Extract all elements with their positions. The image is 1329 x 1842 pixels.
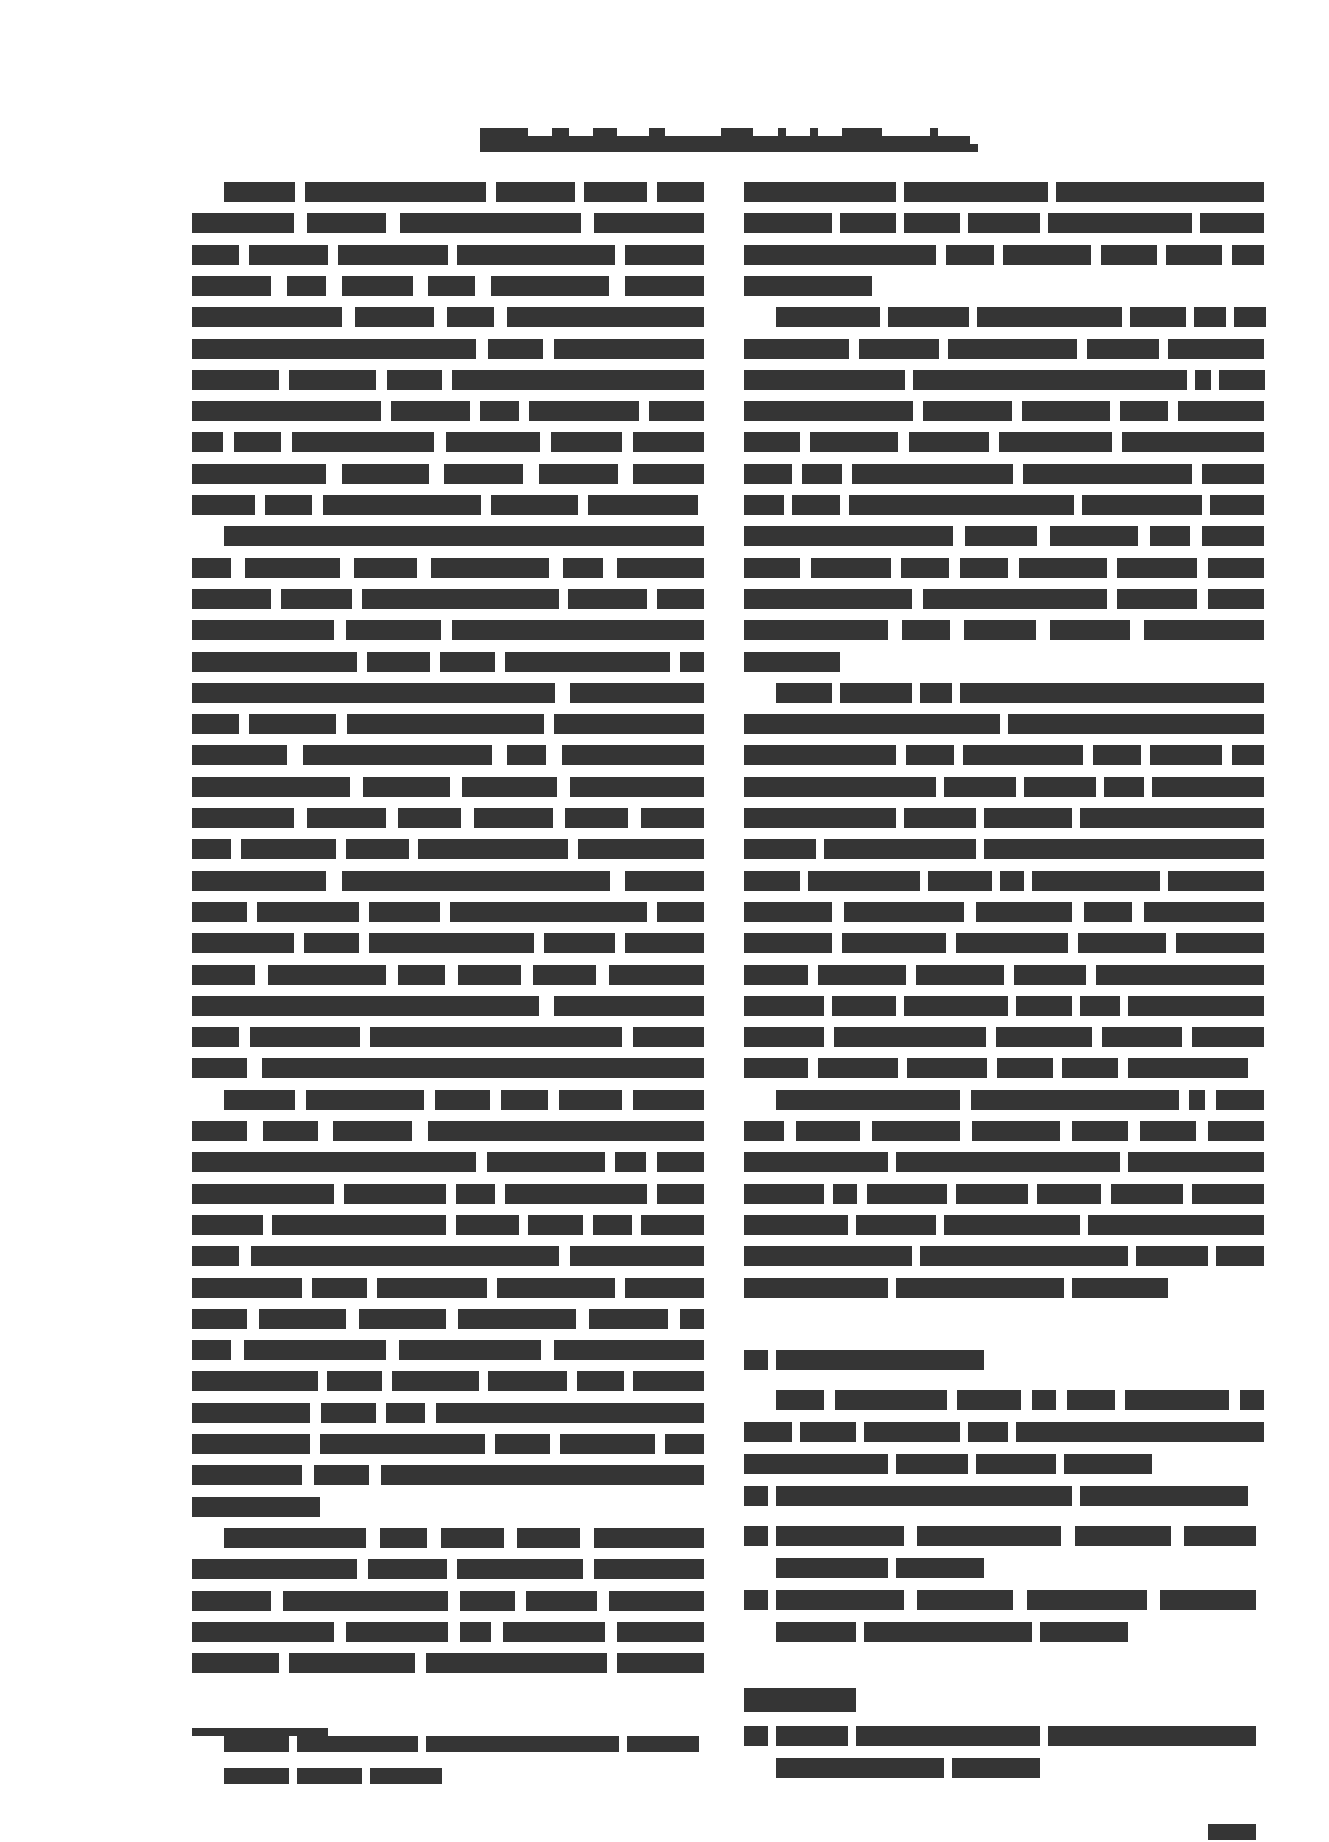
word-block — [1023, 464, 1192, 484]
word-block — [1122, 432, 1264, 452]
text-line — [744, 802, 1264, 834]
word-block — [1117, 589, 1197, 609]
word-block — [744, 526, 953, 546]
word-block — [744, 1215, 848, 1235]
word-block — [965, 526, 1037, 546]
word-block — [800, 1422, 856, 1442]
word-block — [744, 871, 800, 891]
word-block — [744, 652, 840, 672]
section-heading-b — [744, 1344, 1264, 1376]
word-block — [1232, 745, 1264, 765]
word-block — [1048, 213, 1192, 233]
word-block — [1210, 495, 1264, 515]
word-block — [976, 902, 1072, 922]
word-block — [744, 808, 896, 828]
text-line — [744, 1178, 1264, 1210]
word-block — [1111, 1184, 1183, 1204]
word-block — [1208, 1121, 1264, 1141]
word-block — [859, 339, 939, 359]
text-line — [744, 677, 1264, 709]
word-block — [984, 839, 1264, 859]
word-block — [1240, 1390, 1264, 1410]
word-block — [1189, 1090, 1205, 1110]
word-block — [1050, 620, 1130, 640]
word-block — [627, 1736, 699, 1752]
word-block — [928, 871, 992, 891]
text-line — [744, 1448, 1264, 1480]
text-line — [744, 614, 1264, 646]
word-block — [744, 401, 913, 421]
word-block — [776, 1758, 944, 1778]
word-block — [852, 464, 1013, 484]
text-line — [744, 583, 1264, 615]
word-block — [1067, 1390, 1115, 1410]
word-block — [946, 245, 994, 265]
word-block — [963, 745, 1083, 765]
text-line — [744, 896, 1264, 928]
word-block — [956, 933, 1068, 953]
word-block — [864, 1422, 960, 1442]
word-block — [1208, 558, 1264, 578]
word-block — [844, 902, 964, 922]
word-block — [1019, 558, 1107, 578]
word-block — [917, 1590, 1013, 1610]
word-block — [1024, 777, 1096, 797]
word-block — [952, 1758, 1040, 1778]
word-block — [1125, 1390, 1229, 1410]
word-block — [864, 1622, 1032, 1642]
word-block — [1208, 589, 1264, 609]
word-block — [904, 182, 1048, 202]
word-block — [840, 683, 912, 703]
text-line — [744, 364, 1264, 396]
word-block — [1078, 933, 1166, 953]
word-block — [1202, 464, 1264, 484]
word-block — [1168, 871, 1264, 891]
text-line — [744, 1416, 1264, 1448]
word-block — [1130, 307, 1186, 327]
word-block — [818, 1058, 898, 1078]
word-block — [1150, 745, 1222, 765]
text-line — [744, 552, 1264, 584]
word-block — [997, 1058, 1053, 1078]
word-block — [1032, 871, 1160, 891]
word-block — [776, 1090, 960, 1110]
word-block — [896, 1558, 984, 1578]
word-block — [1192, 1027, 1264, 1047]
text-line — [744, 1052, 1248, 1084]
word-block — [1200, 213, 1264, 233]
word-block — [1168, 339, 1264, 359]
word-block — [744, 276, 872, 296]
word-block — [896, 1152, 1120, 1172]
text-line — [744, 426, 1264, 458]
word-block — [1232, 245, 1264, 265]
footnote-separator — [192, 1728, 328, 1736]
word-block — [1166, 245, 1222, 265]
word-block — [1093, 745, 1141, 765]
word-block — [1008, 714, 1264, 734]
word-block — [1048, 1726, 1256, 1746]
word-block — [1056, 182, 1264, 202]
word-block — [849, 495, 1074, 515]
text-line — [744, 927, 1264, 959]
text-line — [744, 1084, 1264, 1116]
word-block — [1000, 871, 1024, 891]
list-marker — [744, 1526, 768, 1546]
word-block — [744, 1278, 888, 1298]
text-line — [744, 333, 1264, 365]
word-block — [297, 1768, 362, 1784]
word-block — [744, 213, 832, 233]
word-block — [744, 1688, 856, 1712]
word-block — [776, 1590, 904, 1610]
text-line — [744, 1272, 1264, 1304]
word-block — [996, 1027, 1092, 1047]
footnotes — [192, 0, 704, 1842]
text-line — [744, 1240, 1264, 1272]
text-line — [744, 1616, 1264, 1648]
word-block — [976, 1454, 1056, 1474]
word-block — [971, 1090, 1179, 1110]
word-block — [896, 1278, 1064, 1298]
word-block — [999, 432, 1112, 452]
word-block — [842, 933, 946, 953]
word-block — [810, 432, 898, 452]
word-block — [1096, 965, 1264, 985]
word-block — [1072, 1121, 1128, 1141]
word-block — [1080, 1486, 1248, 1506]
text-line — [744, 771, 1264, 803]
word-block — [776, 1486, 1072, 1506]
text-line — [744, 959, 1264, 991]
word-block — [1084, 902, 1132, 922]
word-block — [818, 965, 906, 985]
word-block — [1072, 1278, 1168, 1298]
word-block — [1234, 307, 1266, 327]
word-block — [370, 1768, 442, 1784]
word-block — [1140, 1121, 1196, 1141]
word-block — [426, 1736, 619, 1752]
word-block — [1016, 1422, 1264, 1442]
word-block — [856, 1215, 936, 1235]
list-item-c — [744, 1584, 1256, 1616]
word-block — [1032, 1390, 1056, 1410]
word-block — [744, 1058, 808, 1078]
word-block — [977, 307, 1122, 327]
text-line — [744, 458, 1264, 490]
text-line — [744, 1021, 1264, 1053]
text-line — [744, 520, 1264, 552]
word-block — [896, 1454, 968, 1474]
word-block — [744, 1152, 888, 1172]
word-block — [960, 558, 1008, 578]
word-block — [776, 1726, 848, 1746]
word-block — [776, 1526, 904, 1546]
word-block — [972, 1121, 1060, 1141]
word-block — [907, 1058, 987, 1078]
word-block — [744, 965, 808, 985]
word-block — [1080, 808, 1264, 828]
word-block — [917, 1526, 1061, 1546]
word-block — [802, 464, 842, 484]
word-block — [1120, 401, 1168, 421]
word-block — [297, 1736, 418, 1752]
text-line — [744, 646, 1264, 678]
word-block — [1219, 370, 1265, 390]
word-block — [1178, 401, 1264, 421]
word-block — [920, 1246, 1128, 1266]
word-block — [1117, 558, 1197, 578]
word-block — [744, 1246, 912, 1266]
text-line — [744, 239, 1264, 271]
text-line — [744, 833, 1264, 865]
word-block — [1088, 1215, 1264, 1235]
word-block — [834, 1027, 986, 1047]
word-block — [1027, 1590, 1147, 1610]
word-block — [744, 370, 905, 390]
word-block — [867, 1184, 947, 1204]
word-block — [1014, 965, 1086, 985]
word-block — [744, 1454, 888, 1474]
word-block — [744, 1422, 792, 1442]
word-block — [1022, 401, 1110, 421]
word-block — [796, 1121, 860, 1141]
word-block — [1128, 996, 1264, 1016]
word-block — [1037, 1184, 1101, 1204]
word-block — [1202, 526, 1264, 546]
word-block — [1194, 307, 1226, 327]
text-line — [744, 1552, 1264, 1584]
word-block — [906, 745, 954, 765]
word-block — [888, 307, 969, 327]
text-line — [744, 1384, 1264, 1416]
list-item-a — [744, 1720, 1256, 1752]
word-block — [1087, 339, 1159, 359]
word-block — [744, 996, 824, 1016]
word-block — [744, 745, 896, 765]
text-line — [744, 176, 1264, 208]
text-line — [744, 1752, 1264, 1784]
word-block — [224, 1768, 289, 1784]
word-block — [872, 1121, 960, 1141]
word-block — [1003, 245, 1091, 265]
word-block — [1176, 933, 1264, 953]
word-block — [1192, 1184, 1264, 1204]
word-block — [1040, 1622, 1128, 1642]
word-block — [948, 339, 1077, 359]
list-item-b — [744, 1520, 1256, 1552]
word-block — [1075, 1526, 1171, 1546]
word-block — [1195, 370, 1211, 390]
word-block — [744, 339, 849, 359]
word-block — [811, 558, 891, 578]
word-block — [1016, 996, 1072, 1016]
word-block — [916, 965, 1004, 985]
word-block — [944, 777, 1016, 797]
word-block — [1050, 526, 1138, 546]
page-number — [1208, 1824, 1256, 1840]
word-block — [964, 620, 1036, 640]
word-block — [224, 1736, 289, 1752]
word-block — [744, 1184, 824, 1204]
word-block — [1082, 495, 1202, 515]
word-block — [744, 1121, 784, 1141]
word-block — [1144, 620, 1264, 640]
word-block — [968, 1422, 1008, 1442]
text-line — [744, 990, 1264, 1022]
text-line — [744, 1209, 1264, 1241]
word-block — [744, 933, 832, 953]
word-block — [1152, 777, 1264, 797]
word-block — [913, 370, 1187, 390]
text-line — [744, 270, 1264, 302]
word-block — [792, 495, 840, 515]
word-block — [1102, 1027, 1182, 1047]
word-block — [744, 432, 800, 452]
word-block — [1062, 1058, 1118, 1078]
word-block — [776, 1558, 888, 1578]
text-line — [744, 708, 1264, 740]
word-block — [904, 996, 1008, 1016]
word-block — [840, 213, 896, 233]
word-block — [744, 777, 936, 797]
word-block — [923, 401, 1012, 421]
text-line — [744, 1115, 1264, 1147]
word-block — [1128, 1152, 1264, 1172]
word-block — [808, 871, 920, 891]
word-block — [744, 839, 816, 859]
word-block — [744, 464, 792, 484]
word-block — [956, 1184, 1028, 1204]
word-block — [776, 307, 880, 327]
word-block — [744, 1350, 768, 1370]
word-block — [1080, 996, 1120, 1016]
section-heading-c — [744, 1680, 1264, 1712]
word-block — [744, 589, 912, 609]
word-block — [904, 808, 976, 828]
word-block — [744, 1027, 824, 1047]
word-block — [944, 1215, 1080, 1235]
word-block — [1150, 526, 1190, 546]
word-block — [909, 432, 989, 452]
word-block — [744, 495, 784, 515]
word-block — [856, 1726, 1040, 1746]
list-marker — [744, 1486, 768, 1506]
word-block — [1136, 1246, 1208, 1266]
word-block — [1216, 1246, 1264, 1266]
word-block — [835, 1390, 947, 1410]
word-block — [957, 1390, 1021, 1410]
list-marker — [744, 1726, 768, 1746]
word-block — [744, 902, 832, 922]
word-block — [960, 683, 1264, 703]
word-block — [984, 808, 1072, 828]
word-block — [832, 996, 896, 1016]
word-block — [833, 1184, 857, 1204]
text-line — [744, 207, 1264, 239]
word-block — [901, 558, 949, 578]
word-block — [776, 683, 832, 703]
word-block — [744, 245, 936, 265]
list-marker — [744, 1590, 768, 1610]
word-block — [776, 1390, 824, 1410]
word-block — [1160, 1590, 1256, 1610]
word-block — [744, 558, 800, 578]
word-block — [776, 1622, 856, 1642]
word-block — [824, 839, 976, 859]
word-block — [1104, 777, 1144, 797]
word-block — [923, 589, 1107, 609]
word-block — [904, 213, 960, 233]
word-block — [1064, 1454, 1152, 1474]
word-block — [776, 1350, 984, 1370]
word-block — [902, 620, 950, 640]
list-item-a — [744, 1480, 1264, 1512]
word-block — [744, 620, 888, 640]
text-line — [744, 1146, 1264, 1178]
word-block — [744, 182, 896, 202]
word-block — [1184, 1526, 1256, 1546]
text-line — [744, 489, 1264, 521]
text-line — [744, 395, 1264, 427]
word-block — [1128, 1058, 1248, 1078]
right-column — [744, 0, 1264, 1842]
word-block — [1144, 902, 1264, 922]
document-page — [0, 0, 1329, 1842]
word-block — [744, 714, 1000, 734]
text-line — [744, 739, 1264, 771]
word-block — [968, 213, 1040, 233]
text-line — [744, 865, 1264, 897]
word-block — [1216, 1090, 1264, 1110]
word-block — [920, 683, 952, 703]
text-line — [744, 301, 1264, 333]
footnote-line — [192, 1760, 704, 1792]
word-block — [1101, 245, 1157, 265]
